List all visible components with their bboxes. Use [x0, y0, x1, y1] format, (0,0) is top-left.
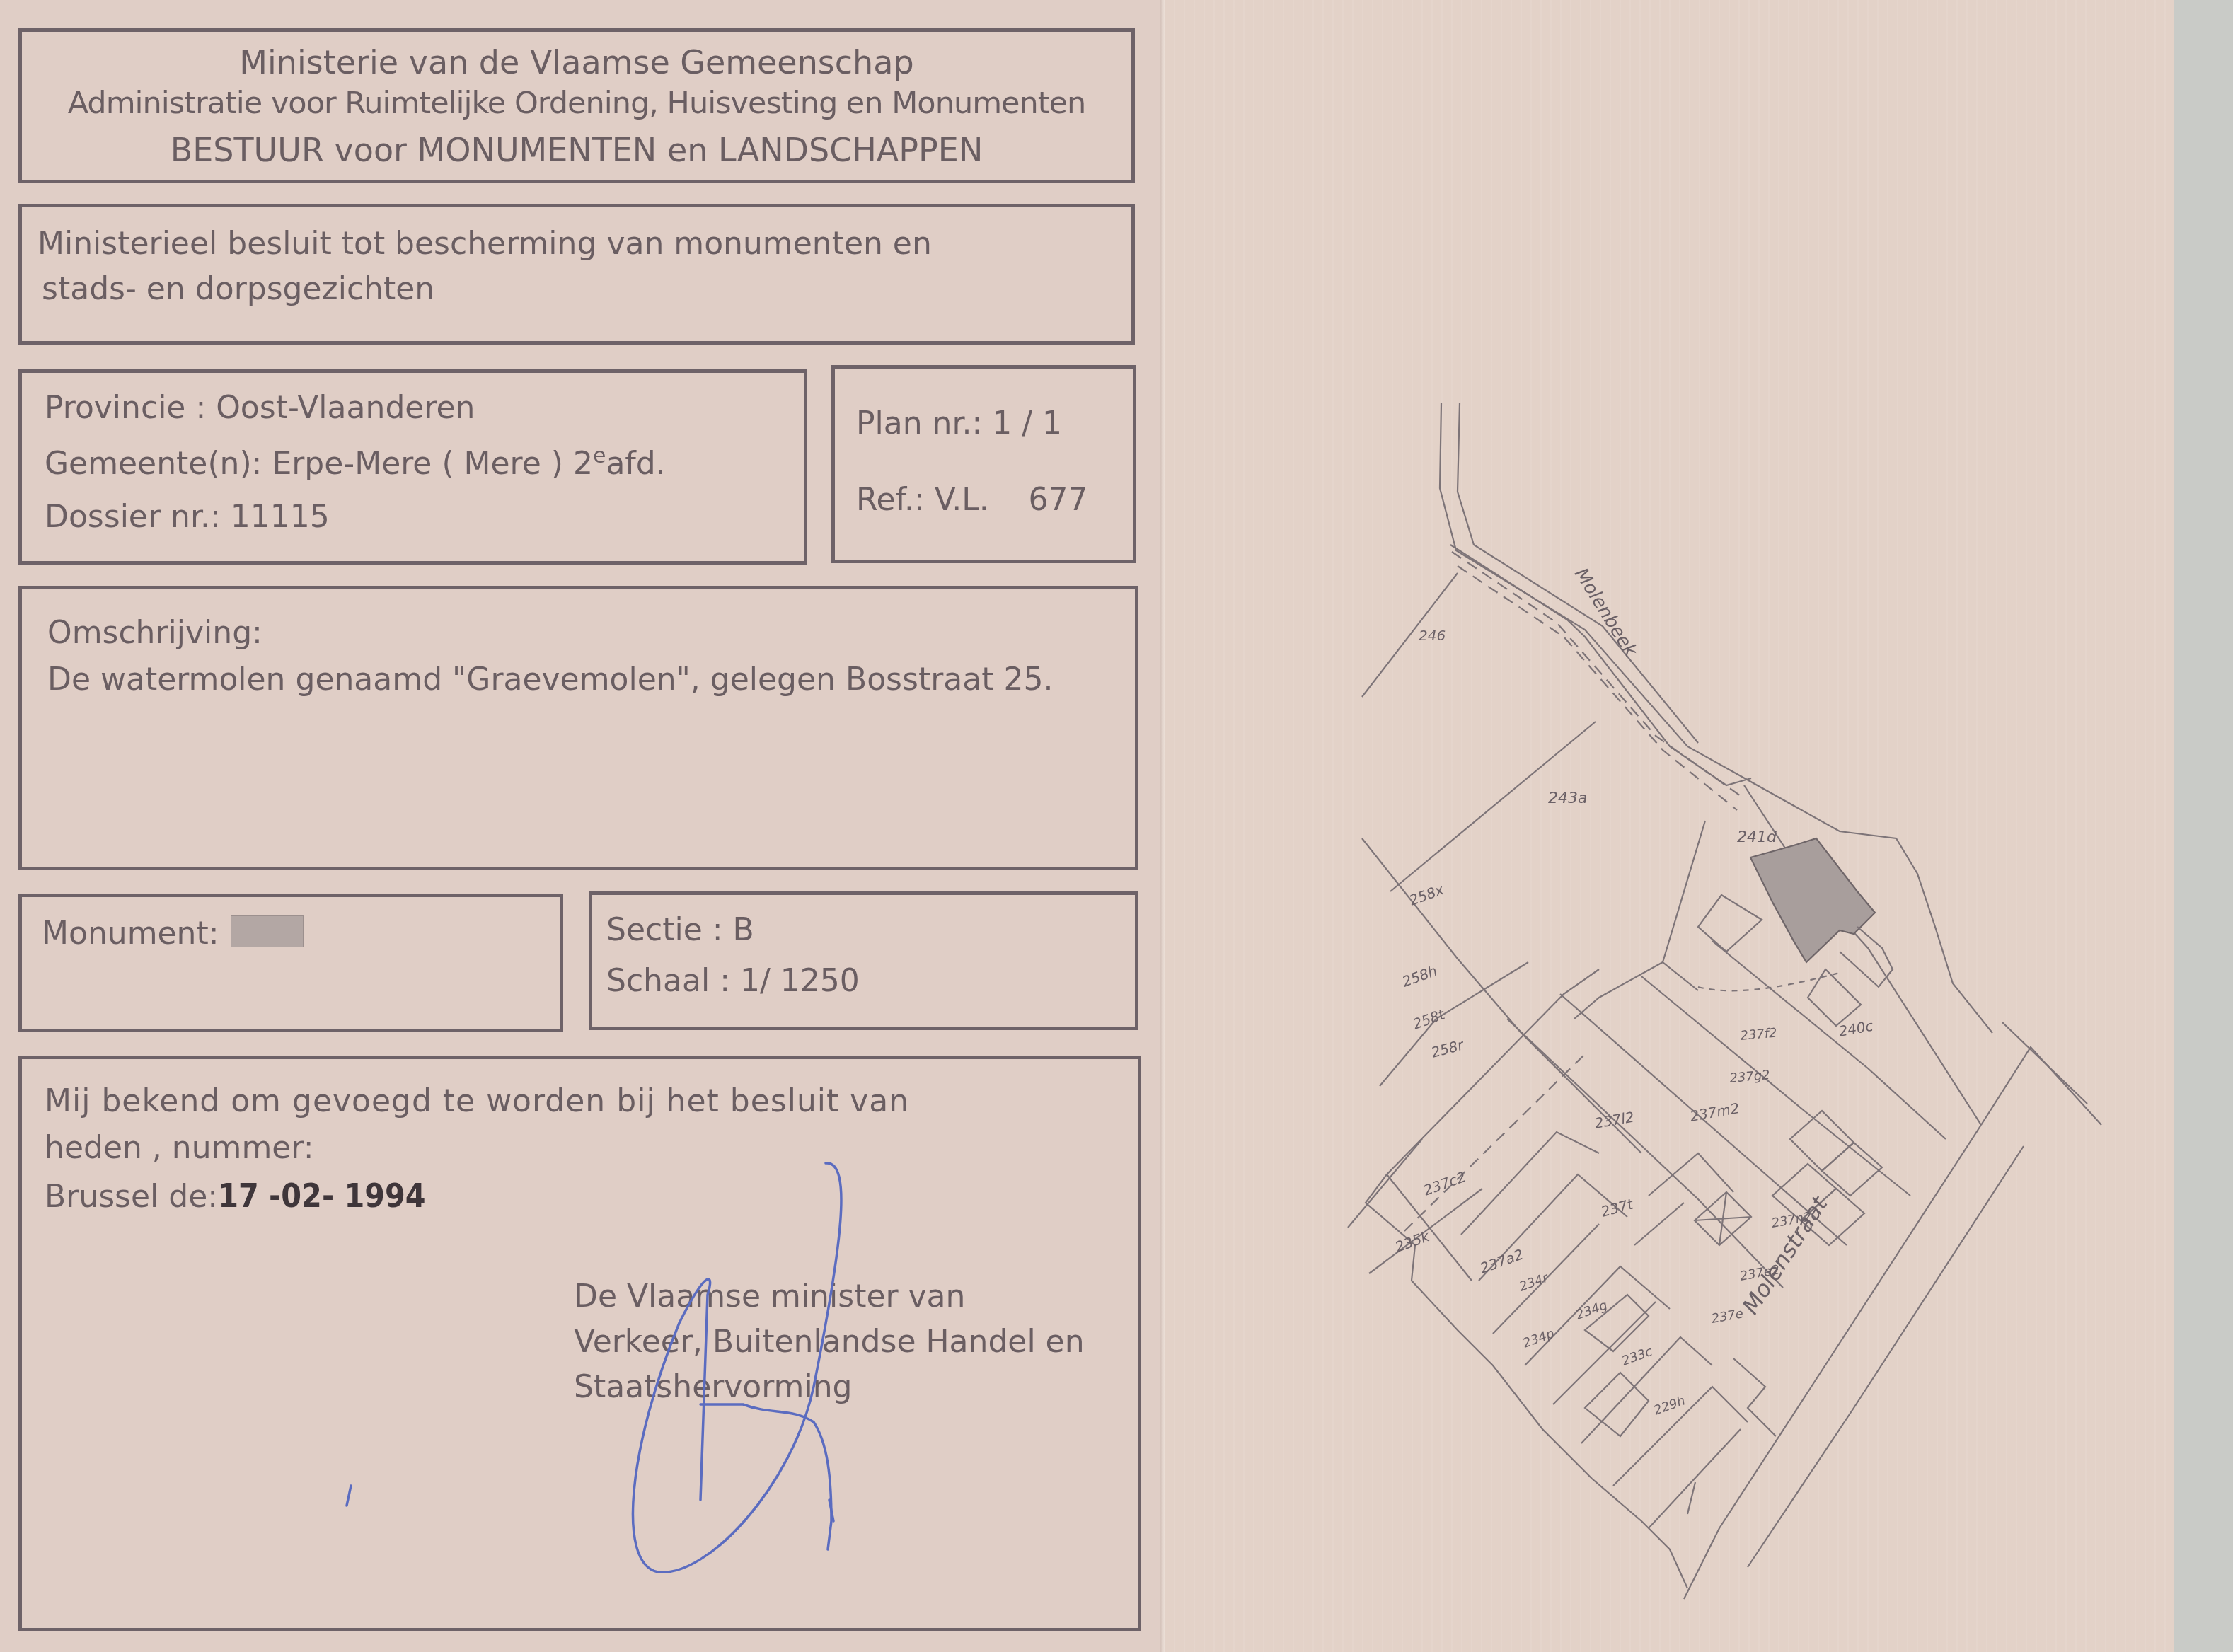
cadastral-map: [1348, 403, 2101, 1599]
parcel-label: 258t: [1411, 1005, 1448, 1033]
minister-signature: [347, 1163, 841, 1572]
parcel-label: 233c: [1620, 1344, 1655, 1369]
parcel-label: 237c2: [1421, 1168, 1468, 1199]
parcel-label: 258x: [1407, 881, 1446, 909]
parcel-label: 234g: [1574, 1298, 1610, 1322]
parcel-label: 241d: [1737, 828, 1777, 846]
parcel-label: 246: [1419, 627, 1446, 644]
parcel-label: 237t: [1599, 1195, 1636, 1220]
parcel-labels: 246243a241d258x258h258t258r240c237f2237g…: [1393, 565, 1875, 1419]
parcel-label: 237m2: [1689, 1099, 1741, 1125]
parcel-label: 237g2: [1729, 1068, 1771, 1086]
parcel-label: 237a2: [1478, 1246, 1526, 1277]
parcel-label: 237e: [1710, 1306, 1744, 1327]
parcel-label: 234p: [1521, 1326, 1557, 1351]
parcel-label: 237f2: [1740, 1026, 1778, 1044]
parcel-label: 243a: [1548, 790, 1587, 807]
parcel-label: 258h: [1400, 962, 1440, 990]
parcel-label: 229h: [1652, 1393, 1687, 1418]
drawing-layer: 246243a241d258x258h258t258r240c237f2237g…: [0, 0, 2233, 1652]
parcel-label: 258r: [1429, 1036, 1467, 1061]
